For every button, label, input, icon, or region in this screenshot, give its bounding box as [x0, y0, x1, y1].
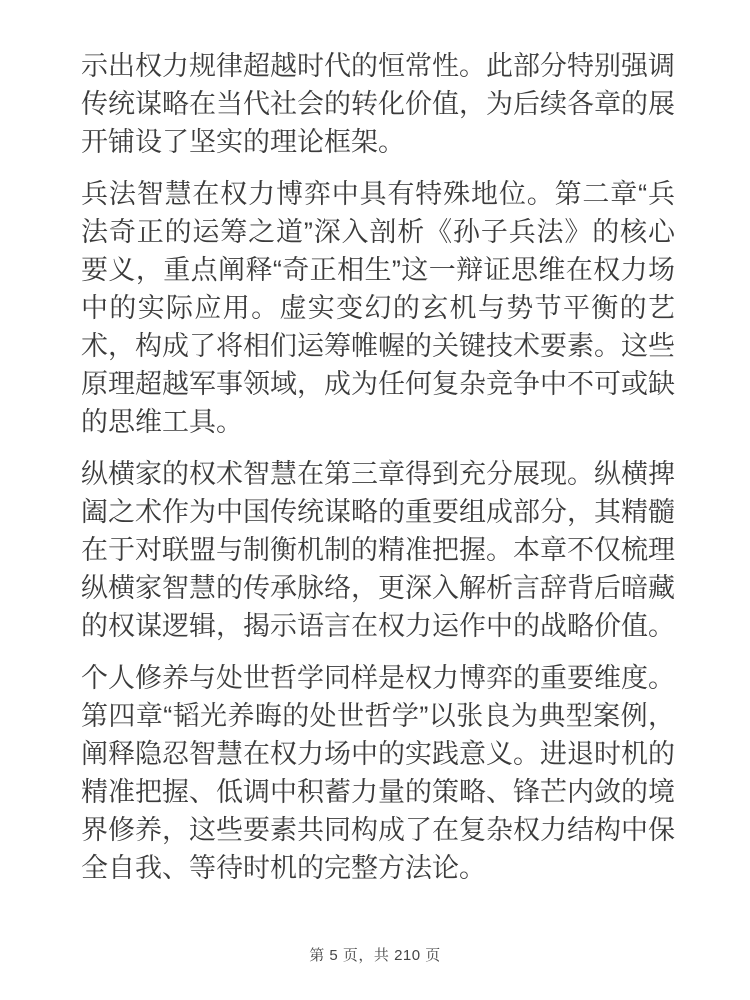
- paragraph: 个人修养与处世哲学同样是权力博弈的重要维度。第四章“韬光养晦的处世哲学”以张良为…: [81, 659, 675, 887]
- page-number-footer: 第 5 页，共 210 页: [0, 946, 750, 966]
- paragraph: 兵法智慧在权力博弈中具有特殊地位。第二章“兵法奇正的运筹之道”深入剖析《孙子兵法…: [81, 175, 675, 441]
- body-text: 示出权力规律超越时代的恒常性。此部分特别强调传统谋略在当代社会的转化价值，为后续…: [81, 47, 675, 901]
- document-page: 示出权力规律超越时代的恒常性。此部分特别强调传统谋略在当代社会的转化价值，为后续…: [0, 0, 750, 1000]
- paragraph: 纵横家的权术智慧在第三章得到充分展现。纵横捭阖之术作为中国传统谋略的重要组成部分…: [81, 455, 675, 645]
- paragraph: 示出权力规律超越时代的恒常性。此部分特别强调传统谋略在当代社会的转化价值，为后续…: [81, 47, 675, 161]
